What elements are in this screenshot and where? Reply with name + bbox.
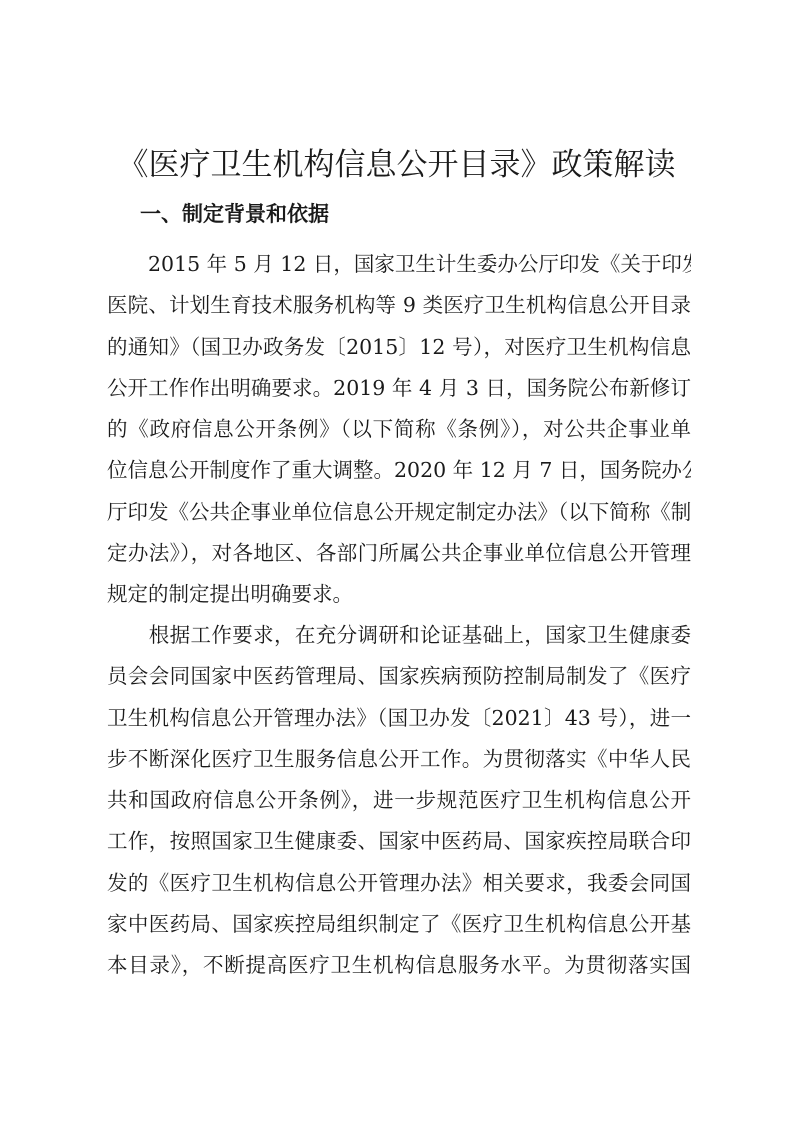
paragraph-background-1: 2015 年 5 月 12 日，国家卫生计生委办公厅印发《关于印发 医院、计划生… <box>107 244 691 616</box>
text-line: 员会会同国家中医药管理局、国家疾病预防控制局制发了《医疗 <box>107 656 691 697</box>
text-line: 定办法》），对各地区、各部门所属公共企事业单位信息公开管理 <box>107 533 691 574</box>
text-line: 家中医药局、国家疾控局组织制定了《医疗卫生机构信息公开基 <box>107 904 691 945</box>
text-line: 卫生机构信息公开管理办法》（国卫办发〔2021〕43 号），进一 <box>107 698 691 739</box>
text-line: 本目录》，不断提高医疗卫生机构信息服务水平。为贯彻落实国 <box>107 945 691 986</box>
text-line: 位信息公开制度作了重大调整。2020 年 12 月 7 日，国务院办公 <box>107 450 691 491</box>
text-line: 医院、计划生育技术服务机构等 9 类医疗卫生机构信息公开目录 <box>107 285 691 326</box>
text-line: 共和国政府信息公开条例》，进一步规范医疗卫生机构信息公开 <box>107 780 691 821</box>
text-line: 厅印发《公共企事业单位信息公开规定制定办法》（以下简称《制 <box>107 492 691 533</box>
section-heading-background: 一、制定背景和依据 <box>140 198 329 230</box>
text-line: 2015 年 5 月 12 日，国家卫生计生委办公厅印发《关于印发 <box>107 244 691 285</box>
text-line: 发的《医疗卫生机构信息公开管理办法》相关要求，我委会同国 <box>107 863 691 904</box>
text-line: 公开工作作出明确要求。2019 年 4 月 3 日，国务院公布新修订 <box>107 368 691 409</box>
paragraph-background-2: 根据工作要求，在充分调研和论证基础上，国家卫生健康委 员会会同国家中医药管理局、… <box>107 615 691 987</box>
text-line: 的《政府信息公开条例》（以下简称《条例》），对公共企事业单 <box>107 409 691 450</box>
document-page: 《医疗卫生机构信息公开目录》政策解读 一、制定背景和依据 2015 年 5 月 … <box>0 0 793 1122</box>
text-line: 的通知》（国卫办政务发〔2015〕12 号），对医疗卫生机构信息 <box>107 327 691 368</box>
document-title: 《医疗卫生机构信息公开目录》政策解读 <box>100 145 693 185</box>
text-line: 工作，按照国家卫生健康委、国家中医药局、国家疾控局联合印 <box>107 821 691 862</box>
text-line: 规定的制定提出明确要求。 <box>107 574 691 615</box>
text-line: 根据工作要求，在充分调研和论证基础上，国家卫生健康委 <box>107 615 691 656</box>
text-line: 步不断深化医疗卫生服务信息公开工作。为贯彻落实《中华人民 <box>107 739 691 780</box>
